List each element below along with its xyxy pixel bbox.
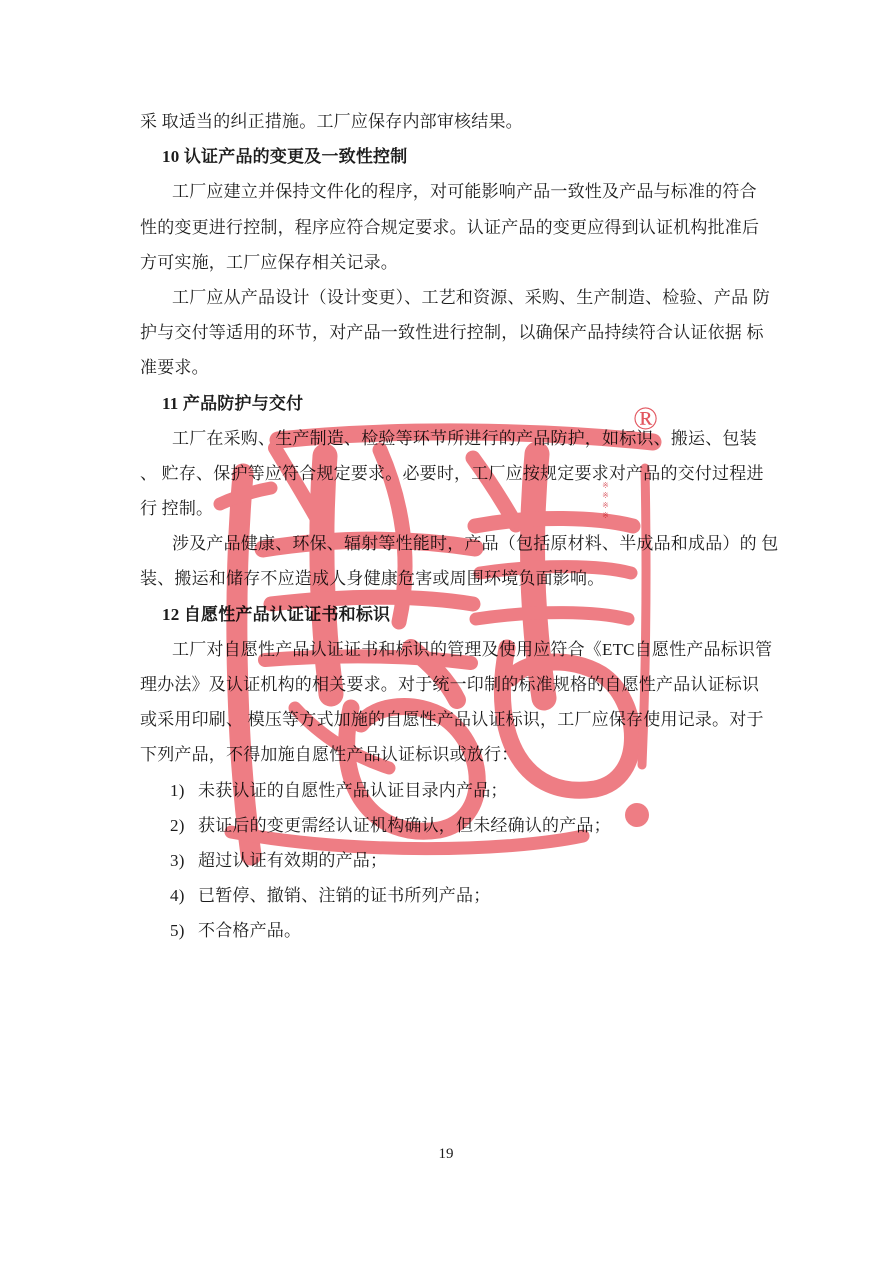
text-line: 装、搬运和储存不应造成人身健康危害或周围环境负面影响。 — [140, 561, 765, 596]
line-text: 工厂应从产品设计（设计变更）、工艺和资源、采购、生产制造、检验、产品 防 — [172, 288, 770, 307]
text-line: 工厂应从产品设计（设计变更）、工艺和资源、采购、生产制造、检验、产品 防 — [140, 280, 765, 315]
list-marker: 1) — [170, 773, 198, 808]
list-marker: 5) — [170, 913, 198, 948]
text-line: 护与交付等适用的环节，对产品一致性进行控制，以确保产品持续符合认证依据 标 — [140, 315, 765, 350]
page-number: 19 — [0, 1146, 892, 1163]
text-line: 理办法》及认证机构的相关要求。对于统一印制的标准规格的自愿性产品认证标识 — [140, 667, 765, 702]
document-page: 采 取适当的纠正措施。工厂应保存内部审核结果。10 认证产品的变更及一致性控制工… — [0, 0, 892, 1262]
line-text: 涉及产品健康、环保、辐射等性能时，产品（包括原材料、半成品和成品）的 包 — [172, 534, 778, 553]
list-item-line: 2)获证后的变更需经认证机构确认，但未经确认的产品； — [140, 808, 765, 843]
line-text: 获证后的变更需经认证机构确认，但未经确认的产品； — [198, 816, 611, 835]
document-lines: 采 取适当的纠正措施。工厂应保存内部审核结果。10 认证产品的变更及一致性控制工… — [140, 104, 765, 949]
line-text: 或采用印刷、 模压等方式加施的自愿性产品认证标识，工厂应保存使用记录。对于 — [140, 710, 764, 729]
text-line: 工厂对自愿性产品认证证书和标识的管理及使用应符合《ETC自愿性产品标识管 — [140, 632, 765, 667]
line-text: 方可实施，工厂应保存相关记录。 — [140, 253, 398, 272]
line-text: 准要求。 — [140, 358, 209, 377]
text-line: 涉及产品健康、环保、辐射等性能时，产品（包括原材料、半成品和成品）的 包 — [140, 526, 765, 561]
text-line: 采 取适当的纠正措施。工厂应保存内部审核结果。 — [140, 104, 765, 139]
list-item-line: 3)超过认证有效期的产品； — [140, 843, 765, 878]
line-text: 护与交付等适用的环节，对产品一致性进行控制，以确保产品持续符合认证依据 标 — [140, 323, 764, 342]
line-text: 工厂应建立并保持文件化的程序，对可能影响产品一致性及产品与标准的符合 — [172, 182, 757, 201]
line-text: 超过认证有效期的产品； — [198, 851, 387, 870]
line-text: 理办法》及认证机构的相关要求。对于统一印制的标准规格的自愿性产品认证标识 — [140, 675, 759, 694]
line-text: 采 取适当的纠正措施。工厂应保存内部审核结果。 — [140, 112, 523, 131]
section-heading: 12 自愿性产品认证证书和标识 — [140, 597, 765, 632]
line-text: 11 产品防护与交付 — [162, 394, 303, 413]
text-line: 方可实施，工厂应保存相关记录。 — [140, 245, 765, 280]
text-line: 性的变更进行控制，程序应符合规定要求。认证产品的变更应得到认证机构批准后 — [140, 210, 765, 245]
text-line: 或采用印刷、 模压等方式加施的自愿性产品认证标识，工厂应保存使用记录。对于 — [140, 702, 765, 737]
line-text: 12 自愿性产品认证证书和标识 — [162, 605, 390, 624]
list-item-line: 1)未获认证的自愿性产品认证目录内产品； — [140, 773, 765, 808]
line-text: 10 认证产品的变更及一致性控制 — [162, 147, 407, 166]
line-text: 下列产品，不得加施自愿性产品认证标识或放行： — [140, 745, 518, 764]
text-line: 下列产品，不得加施自愿性产品认证标识或放行： — [140, 737, 765, 772]
section-heading: 11 产品防护与交付 — [140, 386, 765, 421]
line-text: 不合格产品。 — [198, 921, 301, 940]
text-line: 行 控制。 — [140, 491, 765, 526]
line-text: 工厂对自愿性产品认证证书和标识的管理及使用应符合《ETC自愿性产品标识管 — [172, 640, 772, 659]
list-marker: 3) — [170, 843, 198, 878]
line-text: 性的变更进行控制，程序应符合规定要求。认证产品的变更应得到认证机构批准后 — [140, 218, 759, 237]
line-text: 工厂在采购、生产制造、检验等环节所进行的产品防护，如标识、搬运、包装 — [172, 429, 757, 448]
line-text: 行 控制。 — [140, 499, 213, 518]
text-line: 、 贮存、保护等应符合规定要求。必要时，工厂应按规定要求对产品的交付过程进 — [140, 456, 765, 491]
line-text: 已暂停、撤销、注销的证书所列产品； — [198, 886, 490, 905]
list-marker: 2) — [170, 808, 198, 843]
line-text: 、 贮存、保护等应符合规定要求。必要时，工厂应按规定要求对产品的交付过程进 — [140, 464, 764, 483]
text-line: 准要求。 — [140, 350, 765, 385]
line-text: 装、搬运和储存不应造成人身健康危害或周围环境负面影响。 — [140, 569, 604, 588]
list-marker: 4) — [170, 878, 198, 913]
list-item-line: 5)不合格产品。 — [140, 913, 765, 948]
list-item-line: 4)已暂停、撤销、注销的证书所列产品； — [140, 878, 765, 913]
text-line: 工厂应建立并保持文件化的程序，对可能影响产品一致性及产品与标准的符合 — [140, 174, 765, 209]
line-text: 未获认证的自愿性产品认证目录内产品； — [198, 781, 508, 800]
section-heading: 10 认证产品的变更及一致性控制 — [140, 139, 765, 174]
text-line: 工厂在采购、生产制造、检验等环节所进行的产品防护，如标识、搬运、包装 — [140, 421, 765, 456]
